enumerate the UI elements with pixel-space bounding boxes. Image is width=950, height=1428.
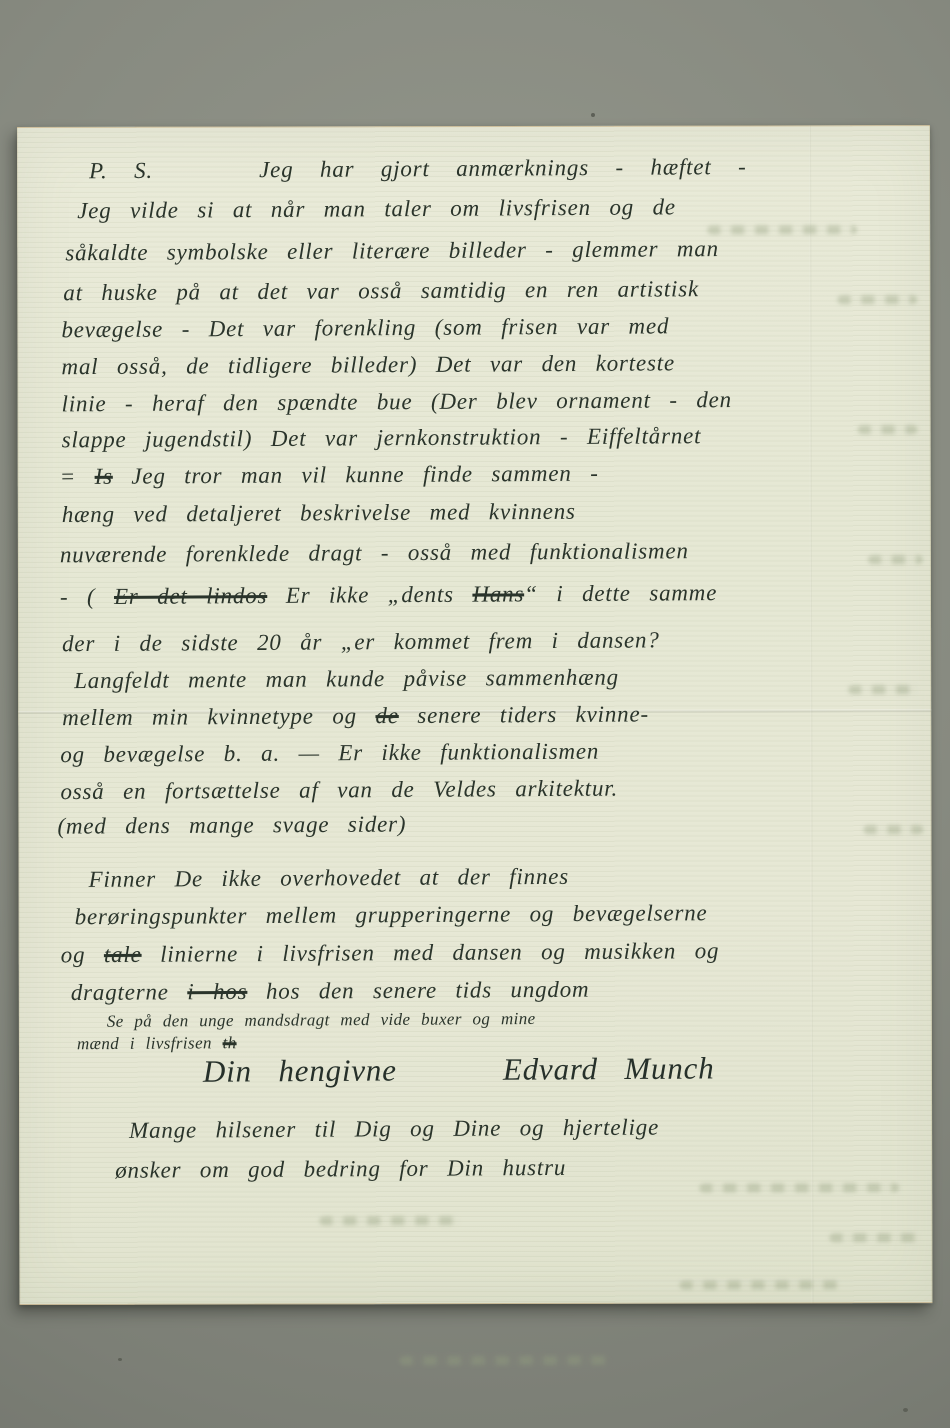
struck-out-word: th	[222, 1033, 236, 1052]
struck-out-word: Is	[95, 464, 113, 489]
ink-bleed-through	[699, 1183, 899, 1192]
ink-bleed-through	[707, 225, 857, 234]
letter-line: Finner De ikke overhovedet at der finnes	[88, 864, 569, 893]
letter-line-greeting: Mange hilsener til Dig og Dine og hjerte…	[129, 1115, 659, 1144]
letter-line: bevægelse - Det var forenkling (som fris…	[61, 313, 669, 343]
letter-line: og bevægelse b. a. — Er ikke funktionali…	[60, 739, 599, 768]
letter-line-with-correction: = Is Jeg tror man vil kunne finde sammen…	[60, 461, 599, 490]
struck-out-word: de	[375, 703, 398, 728]
letter-line: der i de sidste 20 år „er kommet frem i …	[62, 627, 660, 657]
ink-bleed-through	[868, 555, 923, 564]
struck-out-word: Er det lindos	[114, 583, 267, 609]
letter-line-with-correction: og tale linierne i livsfrisen med dansen…	[61, 938, 720, 968]
ink-bleed-through	[863, 825, 923, 834]
ink-bleed-through	[400, 1356, 610, 1365]
letter-line: Langfeldt mente man kunde påvise sammenh…	[74, 665, 619, 695]
letter-line: linie - heraf den spændte bue (Der blev …	[62, 387, 733, 417]
signature-line: Din hengivne Edvard Munch	[203, 1050, 715, 1089]
letter-line-inserted: mænd i livsfrisen th	[77, 1033, 237, 1054]
letter-line: at huske på at det var osså samtidig en …	[63, 276, 699, 306]
letter-line-inserted: Se på den unge mandsdragt med vide buxer…	[107, 1009, 536, 1032]
photograph-of-handwritten-letter: { "colors": { "background_gray": "#83867…	[0, 0, 950, 1428]
dust-speck	[591, 113, 595, 117]
letter-line-with-correction: - ( Er det lindos Er ikke „dents Hans“ i…	[60, 580, 717, 610]
ink-bleed-through	[829, 1233, 919, 1242]
letter-line: slappe jugendstil) Det var jernkonstrukt…	[62, 423, 702, 453]
letter-line: hæng ved detaljeret beskrivelse med kvin…	[62, 499, 576, 528]
struck-out-word: i hos	[187, 979, 247, 1004]
letter-line: (med dens mange svage sider)	[57, 811, 406, 839]
letter-line-with-correction: dragterne i hos hos den senere tids ungd…	[71, 977, 590, 1006]
letter-line: berøringspunkter mellem grupperingerne o…	[75, 900, 708, 930]
dust-speck	[903, 1408, 908, 1412]
letter-line: Jeg vilde si at når man taler om livsfri…	[77, 194, 676, 224]
ink-bleed-through	[319, 1216, 459, 1225]
ink-bleed-through	[848, 685, 918, 694]
dust-speck	[118, 1358, 122, 1361]
letter-line: nuværende forenklede dragt - osså med fu…	[60, 538, 689, 568]
struck-out-word: tale	[104, 942, 142, 967]
letter-line-postscript: P. S. Jeg har gjort anmærknings - hæftet…	[89, 154, 747, 184]
letter-line: såkaldte symbolske eller literære billed…	[65, 236, 719, 266]
vertical-fold-crease	[809, 125, 813, 1303]
letter-line-greeting: ønsker om god bedring for Din hustru	[115, 1155, 566, 1184]
struck-out-word: Hans	[472, 581, 524, 606]
letter-line-with-correction: mellem min kvinnetype og de senere tider…	[62, 701, 649, 731]
letter-line: mal osså, de tidligere billeder) Det var…	[61, 350, 675, 380]
letter-sheet: P. S. Jeg har gjort anmærknings - hæftet…	[17, 125, 932, 1305]
ink-bleed-through	[837, 295, 917, 304]
letter-line: osså en fortsættelse af van de Veldes ar…	[60, 776, 618, 806]
ink-bleed-through	[858, 425, 918, 434]
ink-bleed-through	[679, 1280, 839, 1289]
